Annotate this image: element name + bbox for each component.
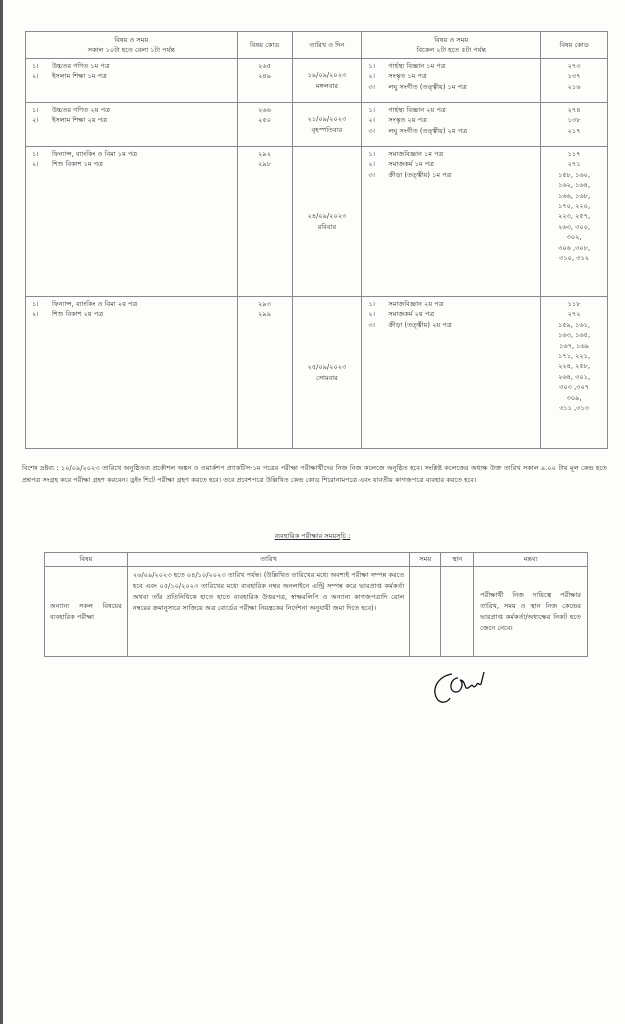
list-item: ৩।ক্রীড়া (তত্ত্বীয়) ১ম পত্র — [368, 170, 536, 180]
list-item: ২।শিশু বিকাশ ২য় পত্র — [32, 309, 233, 319]
subject-code: ৩১১ ,৩১৩ — [541, 403, 607, 413]
subject-code: ১৬২, ১৬৪, — [541, 180, 607, 190]
item-number: ১। — [368, 105, 388, 115]
afternoon-codes-cell: ১১৮২৭২১৫৯, ১৬১,১৬৩, ১৬৫,১৬৭, ১৬৯১৭১, ২২১… — [541, 297, 608, 449]
item-number: ২। — [32, 115, 52, 125]
morning-codes-cell: ২৯৩২৯৯ — [237, 297, 292, 449]
exam-day: মঙ্গলবার — [293, 81, 362, 91]
list-item: ২।শিশু বিকাশ ১ম পত্র — [32, 159, 233, 169]
list-item: ২।সমাজকর্ম ২য় পত্র — [368, 309, 536, 319]
subject-code: ৩০৬ ,৩০৮, — [541, 243, 607, 253]
practical-schedule-title: ব্যবহারিক পরীক্ষার সময়সূচি : — [0, 530, 625, 542]
afternoon-subjects-cell: ১।গার্হস্থ্য বিজ্ঞান ১ম পত্র২।সংস্কৃত ১ম… — [362, 59, 541, 103]
item-number: ১। — [32, 299, 52, 309]
subject-name: গার্হস্থ্য বিজ্ঞান ২য় পত্র — [388, 105, 445, 115]
exam-date: ১৯/০৯/২০২৩ — [293, 70, 362, 80]
exam-day: বৃহস্পতিবার — [293, 125, 362, 135]
afternoon-codes-cell: ১১৭২৭১১৫৮, ১৬০,১৬২, ১৬৪,১৬৬, ১৬৮,১৭০, ২২… — [541, 147, 608, 297]
date-day-cell: ২৪/০৯/২০২৩রবিবার — [292, 147, 362, 297]
practical-exam-table: বিষয় তারিখ সময় স্থান মন্তব্য অন্যান্য … — [44, 552, 588, 657]
list-item: ২।সংস্কৃত ২য় পত্র — [368, 115, 536, 125]
special-note: বিশেষ দ্রষ্টব্য : ১০/০৯/২০২৩ তারিখে অনুষ… — [22, 463, 607, 486]
subject-code: ২৯৯ — [238, 309, 292, 319]
subject-name: শিশু বিকাশ ১ম পত্র — [52, 159, 103, 169]
exam-day: সোমবার — [293, 373, 362, 383]
item-number: ২। — [368, 115, 388, 125]
morning-subjects-cell: ১।উচ্চতর গণিত ১ম পত্র২।ইসলাম শিক্ষা ১ম প… — [26, 59, 238, 103]
afternoon-codes-cell: ২৭৪১৩৮২১৭ — [541, 103, 608, 147]
practical-venue-header: স্থান — [441, 553, 474, 567]
practical-subject-header: বিষয় — [45, 553, 128, 567]
list-item: ২।সমাজকর্ম ১ম পত্র — [368, 159, 536, 169]
subject-code: ১১৭ — [541, 149, 607, 159]
list-item: ২।ইসলাম শিক্ষা ২য় পত্র — [32, 115, 233, 125]
afternoon-subject-header: বিষয় ও সময় বিকেল ২টা হতে ৫টা পর্যন্ত — [362, 32, 541, 59]
subject-name: লঘু সংগীত (তত্ত্বীয়) ২য় পত্র — [388, 126, 467, 136]
item-number: ২। — [32, 309, 52, 319]
item-number: ১। — [368, 61, 388, 71]
list-item: ১।গার্হস্থ্য বিজ্ঞান ১ম পত্র — [368, 61, 536, 71]
afternoon-subjects-cell: ১।সমাজবিজ্ঞান ১ম পত্র২।সমাজকর্ম ১ম পত্র৩… — [362, 147, 541, 297]
subject-code: ২৬৩, ৩০০, — [541, 222, 607, 232]
subject-name: ইসলাম শিক্ষা ২য় পত্র — [52, 115, 107, 125]
subject-code: ২৭৩ — [541, 61, 607, 71]
list-item: ১।সমাজবিজ্ঞান ১ম পত্র — [368, 149, 536, 159]
item-number: ১। — [368, 299, 388, 309]
subject-name: সমাজবিজ্ঞান ২য় পত্র — [388, 299, 443, 309]
table-row: ১।ফিন্যান্স, ব্যাংকিং ও বিমা ১ম পত্র২।শি… — [26, 147, 608, 297]
subject-code: ২৯২ — [238, 149, 292, 159]
subject-code: ২৫০ — [238, 115, 292, 125]
practical-subject-cell: অন্যান্য সকল বিষয়ের ব্যবহারিক পরীক্ষা — [45, 567, 128, 657]
subject-code: ২৪৯ — [238, 71, 292, 81]
table-row: ১।উচ্চতর গণিত ১ম পত্র২।ইসলাম শিক্ষা ১ম প… — [26, 59, 608, 103]
subject-code: ৩০৩ ,৩০৭ — [541, 382, 607, 392]
list-item: ৩।লঘু সংগীত (তত্ত্বীয়) ১ম পত্র — [368, 82, 536, 92]
afternoon-subjects-cell: ১।গার্হস্থ্য বিজ্ঞান ২য় পত্র২।সংস্কৃত ২… — [362, 103, 541, 147]
item-number: ১। — [368, 149, 388, 159]
morning-code-header: বিষয় কোড — [237, 32, 292, 59]
morning-codes-cell: ২৬৫২৪৯ — [237, 59, 292, 103]
item-number: ৩। — [368, 170, 388, 180]
subject-code: ১৩৭ — [541, 71, 607, 81]
subject-code: ১৭০, ২২০, — [541, 201, 607, 211]
signature — [428, 670, 488, 710]
subject-code: ১৫৮, ১৬০, — [541, 170, 607, 180]
signature-icon — [428, 670, 488, 706]
exam-routine-table: বিষয় ও সময় সকাল ১০টা হতে বেলা ১টা পর্য… — [25, 31, 608, 449]
table-row: ১।ফিন্যান্স, ব্যাংকিং ও বিমা ২য় পত্র২।শ… — [26, 297, 608, 449]
item-number: ৩। — [368, 126, 388, 136]
subject-code: ৩০২, — [541, 232, 607, 242]
subject-name: উচ্চতর গণিত ১ম পত্র — [52, 61, 110, 71]
subject-name: সমাজবিজ্ঞান ১ম পত্র — [388, 149, 443, 159]
exam-day: রবিবার — [293, 222, 362, 232]
exam-date: ২৪/০৯/২০২৩ — [293, 211, 362, 221]
item-number: ৩। — [368, 320, 388, 330]
item-number: ২। — [368, 309, 388, 319]
subject-name: ইসলাম শিক্ষা ১ম পত্র — [52, 71, 107, 81]
list-item: ১।সমাজবিজ্ঞান ২য় পত্র — [368, 299, 536, 309]
subject-code: ২২৪, ২৫৮, — [541, 361, 607, 371]
list-item: ৩।লঘু সংগীত (তত্ত্বীয়) ২য় পত্র — [368, 126, 536, 136]
exam-date: ২১/০৯/২০২৩ — [293, 114, 362, 124]
practical-date-header: তারিখ — [127, 553, 409, 567]
morning-subjects-cell: ১।ফিন্যান্স, ব্যাংকিং ও বিমা ১ম পত্র২।শি… — [26, 147, 238, 297]
subject-name: উচ্চতর গণিত ২য় পত্র — [52, 105, 110, 115]
practical-remark-cell: পরীক্ষার্থী নিজ দায়িত্বে পরীক্ষার তারিখ… — [474, 567, 588, 657]
morning-subjects-cell: ১।উচ্চতর গণিত ২য় পত্র২।ইসলাম শিক্ষা ২য়… — [26, 103, 238, 147]
list-item: ৩।ক্রীড়া (তত্ত্বীয়) ২য় পত্র — [368, 320, 536, 330]
date-day-header: তারিখ ও দিন — [292, 32, 362, 59]
subject-code: ২৯৩ — [238, 299, 292, 309]
item-number: ১। — [32, 61, 52, 71]
subject-code: ২৭১ — [541, 159, 607, 169]
practical-venue-cell — [441, 567, 474, 657]
list-item: ২।সংস্কৃত ১ম পত্র — [368, 71, 536, 81]
item-number: ১। — [32, 149, 52, 159]
subject-name: ফিন্যান্স, ব্যাংকিং ও বিমা ১ম পত্র — [52, 149, 137, 159]
practical-date-cell: ২৬/০৯/২০২৩ হতে ০৪/১০/২০২৩ তারিখ পর্যন্ত।… — [127, 567, 409, 657]
subject-code: ১৬৭, ১৬৯ — [541, 341, 607, 351]
subject-name: সংস্কৃত ১ম পত্র — [388, 71, 426, 81]
list-item: ২।ইসলাম শিক্ষা ১ম পত্র — [32, 71, 233, 81]
subject-name: সমাজকর্ম ২য় পত্র — [388, 309, 434, 319]
subject-code: ২৬৫ — [238, 61, 292, 71]
practical-row: অন্যান্য সকল বিষয়ের ব্যবহারিক পরীক্ষা ২… — [45, 567, 588, 657]
subject-name: গার্হস্থ্য বিজ্ঞান ১ম পত্র — [388, 61, 445, 71]
subject-code: ২১৭ — [541, 126, 607, 136]
subject-name: ফিন্যান্স, ব্যাংকিং ও বিমা ২য় পত্র — [52, 299, 137, 309]
list-item: ১।গার্হস্থ্য বিজ্ঞান ২য় পত্র — [368, 105, 536, 115]
item-number: ৩। — [368, 82, 388, 92]
item-number: ২। — [368, 159, 388, 169]
item-number: ২। — [32, 71, 52, 81]
list-item: ১।উচ্চতর গণিত ১ম পত্র — [32, 61, 233, 71]
scan-edge — [0, 0, 3, 1024]
date-day-cell: ২১/০৯/২০২৩বৃহস্পতিবার — [292, 103, 362, 147]
exam-date: ২৫/০৯/২০২৩ — [293, 362, 362, 372]
table-row: ১।উচ্চতর গণিত ২য় পত্র২।ইসলাম শিক্ষা ২য়… — [26, 103, 608, 147]
list-item: ১।ফিন্যান্স, ব্যাংকিং ও বিমা ১ম পত্র — [32, 149, 233, 159]
afternoon-subjects-cell: ১।সমাজবিজ্ঞান ২য় পত্র২।সমাজকর্ম ২য় পত্… — [362, 297, 541, 449]
subject-code: ১৭১, ২২১, — [541, 351, 607, 361]
subject-name: ক্রীড়া (তত্ত্বীয়) ২য় পত্র — [388, 320, 451, 330]
subject-code: ২৭৪ — [541, 105, 607, 115]
item-number: ২। — [32, 159, 52, 169]
subject-code: ৩১০, ৩১২ — [541, 253, 607, 263]
morning-subject-header: বিষয় ও সময় সকাল ১০টা হতে বেলা ১টা পর্য… — [26, 32, 238, 59]
subject-code: ২২৩, ২৫৭, — [541, 211, 607, 221]
afternoon-code-header: বিষয় কোড — [541, 32, 608, 59]
practical-time-header: সময় — [410, 553, 441, 567]
practical-remark-header: মন্তব্য — [474, 553, 588, 567]
list-item: ১।ফিন্যান্স, ব্যাংকিং ও বিমা ২য় পত্র — [32, 299, 233, 309]
subject-code: ১৬৬, ১৬৮, — [541, 191, 607, 201]
subject-name: সমাজকর্ম ১ম পত্র — [388, 159, 434, 169]
table-header-row: বিষয় ও সময় সকাল ১০টা হতে বেলা ১টা পর্য… — [26, 32, 608, 59]
morning-codes-cell: ২৬৬২৫০ — [237, 103, 292, 147]
subject-name: শিশু বিকাশ ২য় পত্র — [52, 309, 103, 319]
date-day-cell: ২৫/০৯/২০২৩সোমবার — [292, 297, 362, 449]
subject-code: ২৯৮ — [238, 159, 292, 169]
item-number: ১। — [32, 105, 52, 115]
morning-codes-cell: ২৯২২৯৮ — [237, 147, 292, 297]
subject-name: ক্রীড়া (তত্ত্বীয়) ১ম পত্র — [388, 170, 451, 180]
subject-code: ৩০৯, — [541, 393, 607, 403]
subject-code: ২৭২ — [541, 309, 607, 319]
subject-name: সংস্কৃত ২য় পত্র — [388, 115, 427, 125]
morning-subjects-cell: ১।ফিন্যান্স, ব্যাংকিং ও বিমা ২য় পত্র২।শ… — [26, 297, 238, 449]
subject-name: লঘু সংগীত (তত্ত্বীয়) ১ম পত্র — [388, 82, 466, 92]
subject-code: ১৩৮ — [541, 115, 607, 125]
subject-code: ১১৮ — [541, 299, 607, 309]
date-day-cell: ১৯/০৯/২০২৩মঙ্গলবার — [292, 59, 362, 103]
afternoon-codes-cell: ২৭৩১৩৭২১৬ — [541, 59, 608, 103]
practical-header-row: বিষয় তারিখ সময় স্থান মন্তব্য — [45, 553, 588, 567]
subject-code: ১৫৯, ১৬১, — [541, 320, 607, 330]
item-number: ২। — [368, 71, 388, 81]
subject-code: ২৬৬ — [238, 105, 292, 115]
subject-code: ২১৬ — [541, 82, 607, 92]
practical-time-cell — [410, 567, 441, 657]
list-item: ১।উচ্চতর গণিত ২য় পত্র — [32, 105, 233, 115]
subject-code: ১৬৩, ১৬৫, — [541, 330, 607, 340]
subject-code: ২৬৪, ৩০১, — [541, 372, 607, 382]
